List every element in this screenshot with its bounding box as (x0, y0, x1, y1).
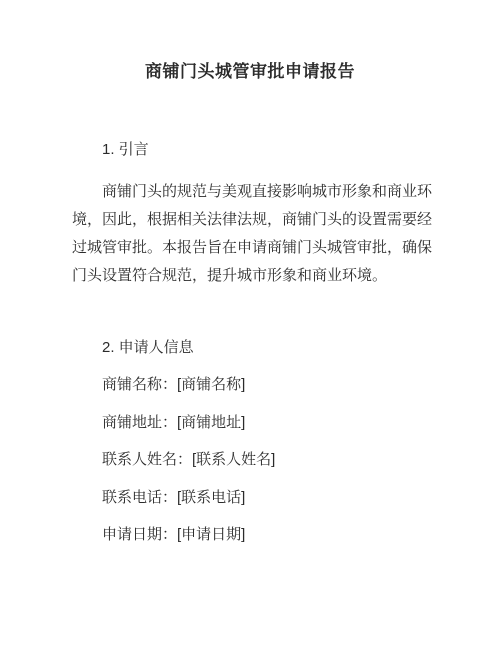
document-title: 商铺门头城管审批申请报告 (0, 60, 500, 84)
section-1-paragraph: 商铺门头的规范与美观直接影响城市形象和商业环境，因此，根据相关法律法规，商铺门头… (72, 178, 432, 290)
field-shop-name: 商铺名称：[商铺名称] (72, 371, 432, 399)
field-shop-address: 商铺地址：[商铺地址] (72, 409, 432, 437)
section-1-heading: 1. 引言 (72, 136, 432, 164)
section-2-heading: 2. 申请人信息 (72, 334, 432, 362)
document-body: 1. 引言 商铺门头的规范与美观直接影响城市形象和商业环境，因此，根据相关法律法… (0, 136, 500, 549)
field-contact-name: 联系人姓名：[联系人姓名] (72, 446, 432, 474)
field-contact-phone: 联系电话：[联系电话] (72, 484, 432, 512)
document-page: 商铺门头城管审批申请报告 1. 引言 商铺门头的规范与美观直接影响城市形象和商业… (0, 0, 500, 647)
field-application-date: 申请日期：[申请日期] (72, 521, 432, 549)
